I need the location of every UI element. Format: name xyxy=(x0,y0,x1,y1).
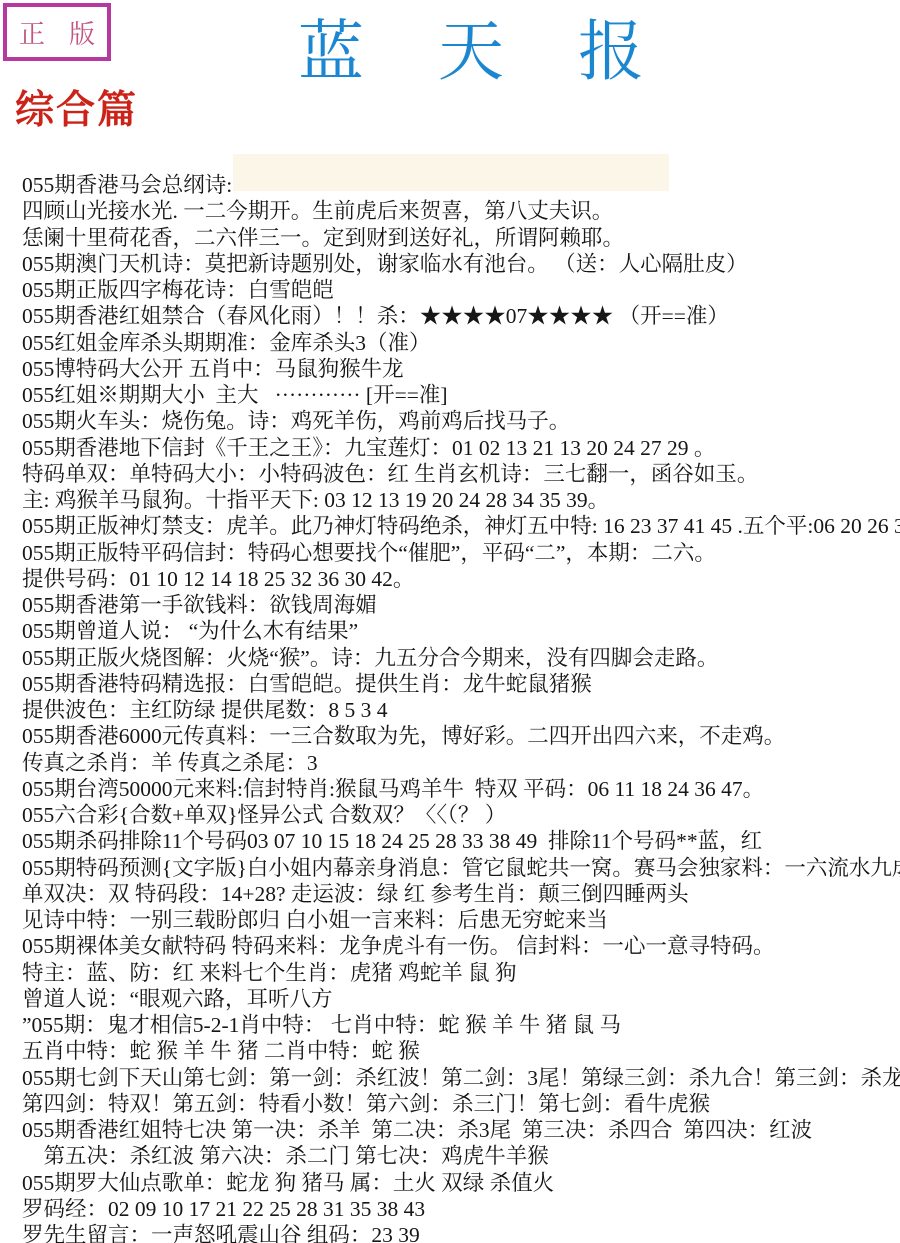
text-line: 第四剑：特双！第五剑：特看小数！第六剑：杀三门！第七剑：看牛虎猴 xyxy=(22,1091,900,1117)
text-line: 055期正版神灯禁支：虎羊。此乃神灯特码绝杀，神灯五中特: 16 23 37 4… xyxy=(22,513,900,539)
text-line: 特码单双：单特码大小：小特码波色：红 生肖玄机诗：三七翻一，函谷如玉。 xyxy=(22,461,900,487)
text-line: 055期正版特平码信封：特码心想要找个“催肥”，平码“二”，本期：二六。 xyxy=(22,540,900,566)
text-line: 055期曾道人说： “为什么木有结果” xyxy=(22,618,900,644)
text-line: 罗先生留言：一声怒吼震山谷 组码：23 39 xyxy=(22,1222,900,1243)
authentic-stamp-box: 正版 xyxy=(3,3,111,61)
text-line: 055期香港地下信封《千王之王》：九宝莲灯：01 02 13 21 13 20 … xyxy=(22,435,900,461)
text-line: 恁阑十里荷花香，二六伴三一。定到财到送好礼，所谓阿赖耶。 xyxy=(22,225,900,251)
blue-sky-report-page: 正版 蓝天报 综合篇 055期香港马会总纲诗:四顾山光接水光. 一二今期开。生前… xyxy=(0,0,900,1243)
text-line: 055期香港红姐特七决 第一决：杀羊 第二决：杀3尾 第三决：杀四合 第四决：红… xyxy=(22,1117,900,1143)
text-line: 055博特码大公开 五肖中：马鼠狗猴牛龙 xyxy=(22,356,900,382)
text-line: 提供波色：主红防绿 提供尾数：8 5 3 4 xyxy=(22,697,900,723)
text-line: 特主：蓝、防：红 来料七个生肖：虎猪 鸡蛇羊 鼠 狗 xyxy=(22,960,900,986)
text-line: 055期杀码排除11个号码03 07 10 15 18 24 25 28 33 … xyxy=(22,828,900,854)
text-line: 055期香港特码精选报：白雪皑皑。提供生肖：龙牛蛇鼠猪猴 xyxy=(22,671,900,697)
text-line: 055期裸体美女献特码 特码来料：龙争虎斗有一伤。 信封料：一心一意寻特码。 xyxy=(22,933,900,959)
text-line: ”055期：鬼才相信5-2-1肖中特： 七肖中特：蛇 猴 羊 牛 猪 鼠 马 xyxy=(22,1012,900,1038)
authentic-stamp-label: 正版 xyxy=(0,14,119,51)
page-title: 蓝天报 xyxy=(298,20,718,86)
text-line: 055期香港红姐禁合（春风化雨）！！杀：★★★★07★★★★ （开==准） xyxy=(22,303,900,329)
text-line: 055期香港第一手欲钱料：欲钱周海媚 xyxy=(22,592,900,618)
text-line: 055期香港6000元传真料：一三合数取为先，博好彩。二四开出四六来，不走鸡。 xyxy=(22,723,900,749)
text-line: 单双决：双 特码段：14+28? 走运波：绿 红 参考生肖：颠三倒四睡两头 xyxy=(22,881,900,907)
section-title: 综合篇 xyxy=(15,88,138,135)
text-line: 主: 鸡猴羊马鼠狗。十指平天下: 03 12 13 19 20 24 28 34… xyxy=(22,487,900,513)
text-line: 055红姐金库杀头期期准：金库杀头3（准） xyxy=(22,330,900,356)
text-line: 第五决：杀红波 第六决：杀二门 第七决：鸡虎牛羊猴 xyxy=(22,1143,900,1169)
text-line: 提供号码：01 10 12 14 18 25 32 36 30 42。 xyxy=(22,566,900,592)
text-line: 五肖中特：蛇 猴 羊 牛 猪 二肖中特：蛇 猴 xyxy=(22,1038,900,1064)
text-line: 055期七剑下天山第七剑：第一剑：杀红波！第二剑：3尾！第绿三剑：杀九合！第三剑… xyxy=(22,1065,900,1091)
text-line: 见诗中特：一别三载盼郎归 白小姐一言来料：后患无穷蛇来当 xyxy=(22,907,900,933)
content-lines: 055期香港马会总纲诗:四顾山光接水光. 一二今期开。生前虎后来贺喜，第八丈夫识… xyxy=(22,172,900,1243)
text-line: 055期火车头：烧伤兔。诗：鸡死羊伤，鸡前鸡后找马子。 xyxy=(22,408,900,434)
text-line: 055期正版四字梅花诗：白雪皑皑 xyxy=(22,277,900,303)
text-line: 055期台湾50000元来料:信封特肖:猴鼠马鸡羊牛 特双 平码：06 11 1… xyxy=(22,776,900,802)
text-line: 传真之杀肖：羊 传真之杀尾：3 xyxy=(22,750,900,776)
text-line: 055期澳门天机诗：莫把新诗题别处，谢家临水有池台。 （送：人心隔肚皮） xyxy=(22,251,900,277)
text-line: 055期特码预测{文字版}白小姐内幕亲身消息：管它鼠蛇共一窝。赛马会独家料：一六… xyxy=(22,855,900,881)
text-line: 055期正版火烧图解：火烧“猴”。诗：九五分合今期来，没有四脚会走路。 xyxy=(22,645,900,671)
text-line: 055期罗大仙点歌单：蛇龙 狗 猪马 属：土火 双绿 杀值火 xyxy=(22,1170,900,1196)
text-line: 055六合彩{合数+单双}怪异公式 合数双？〈〈（？ ） xyxy=(22,802,900,828)
text-line: 曾道人说：“眼观六路，耳听八方 xyxy=(22,986,900,1012)
text-line: 055红姐※期期大小 主大 ············ [开==准] xyxy=(22,382,900,408)
text-line: 055期香港马会总纲诗: xyxy=(22,172,900,198)
text-line: 罗码经：02 09 10 17 21 22 25 28 31 35 38 43 xyxy=(22,1196,900,1222)
text-line: 四顾山光接水光. 一二今期开。生前虎后来贺喜，第八丈夫识。 xyxy=(22,198,900,224)
